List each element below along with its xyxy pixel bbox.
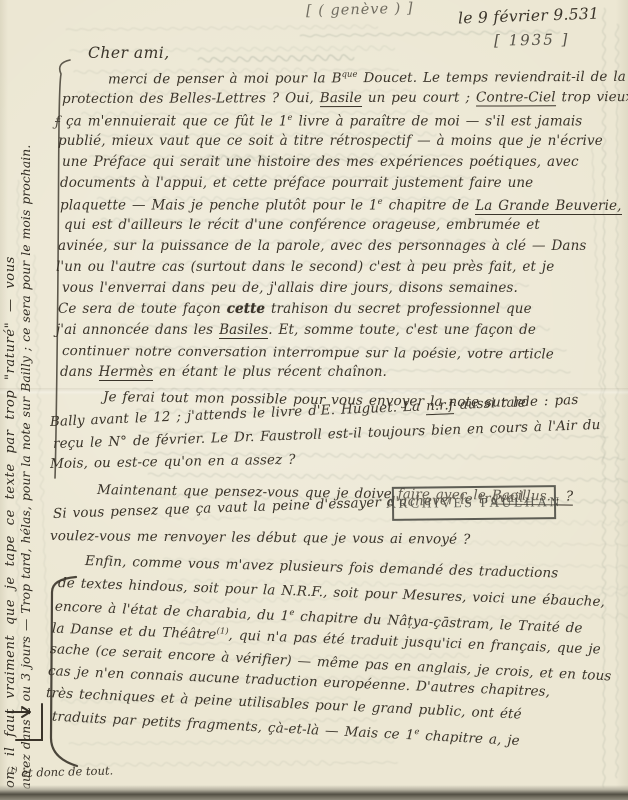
letter-line: vous l'enverrai dans peu de, j'allais di… [62,280,518,296]
letter-line: publié, mieux vaut que ce soit à titre r… [58,133,603,149]
letter-line: avinée, sur la puissance de la parole, a… [58,238,586,254]
year-annotation: [ 1935 ] [494,30,570,49]
footnote-text: et donc de tout. [17,763,113,779]
letter-line: ƒ ça m'ennuierait que ce fût le 1e livre… [55,112,582,130]
letter-line: plaquette — Mais je penche plutôt pour l… [60,196,622,214]
archives-stamp: ARCHIVES PAULHAN [392,485,556,521]
letter-line: dans Hermès en étant le plus récent chaî… [60,364,387,380]
salutation: Cher ami, [88,44,170,62]
letter-line: voulez-vous me renvoyer les début que je… [50,528,470,548]
letter-scan-page: [ ( genève ) ] le 9 février 9.531 [ 1935… [0,0,628,800]
letter-line: protection des Belles-Lettres ? Oui, Bas… [62,89,628,107]
letter-line: Mois, ou est-ce qu'on en a assez ? [50,452,296,472]
letter-line: Ce sera de toute façon cette trahison du… [58,301,532,317]
letter-line: qui est d'ailleurs le récit d'une confér… [64,217,540,233]
margin-note-line: l'aurez dans 2 ou 3 jours — Trop tard, h… [19,9,33,797]
scan-bottom-edge [0,785,628,800]
letter-line: l'un ou l'autre cas (surtout dans le sec… [56,259,554,275]
margin-note-line: non, il faut vraiment que je tape ce tex… [3,9,18,797]
margin-note: non, il faut vraiment que je tape ce tex… [3,9,33,797]
footnote: (1) et donc de tout. [7,763,114,781]
footnote-marker: (1) [7,765,18,774]
archives-stamp-label: ARCHIVES PAULHAN [386,494,562,512]
place-annotation: [ ( genève ) ] [306,1,414,20]
letter-line: Enfin, comme vous m'avez plusieurs fois … [85,553,559,581]
letter-line: j'ai annoncée dans les Basiles. Et, somm… [56,322,536,338]
letter-line: documents à l'appui, et cette préface po… [60,175,533,191]
date-line: le 9 février 9.531 [458,5,600,28]
letter-line: merci de penser à moi pour la Bque Douce… [108,67,626,87]
letter-line: continuer notre conversation interrompue… [62,343,554,362]
letter-line: une Préface qui serait une histoire des … [62,154,579,170]
